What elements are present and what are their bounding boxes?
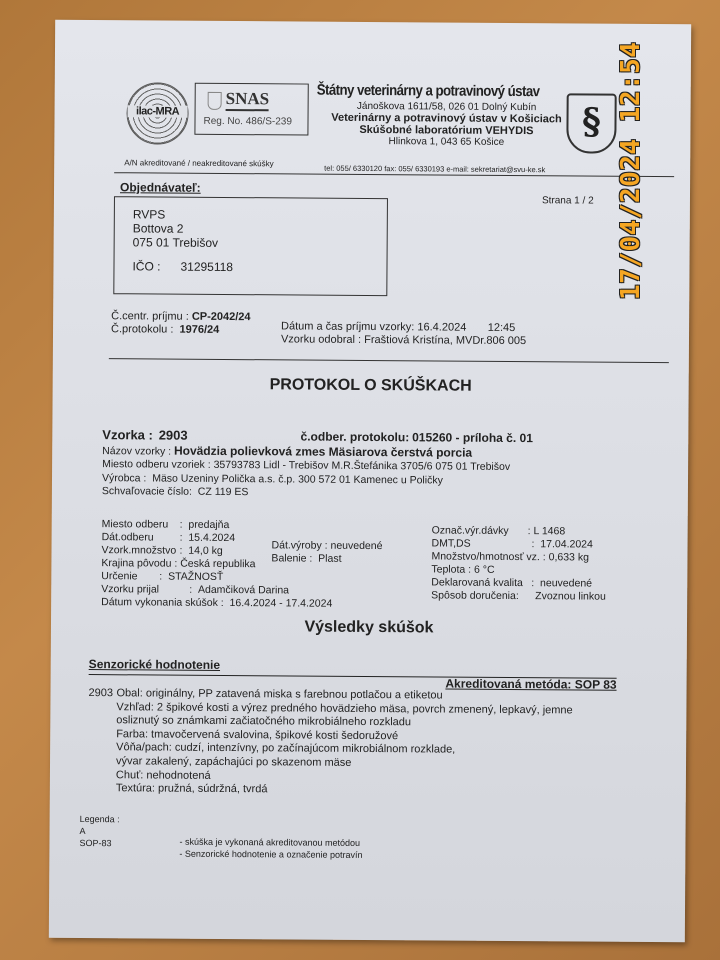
slovak-crest-icon	[208, 92, 222, 110]
result-line: Textúra: pružná, súdržná, tvrdá	[116, 782, 572, 799]
approval-label: Schvaľovacie číslo:	[102, 486, 192, 499]
legend-title: Legenda :	[80, 813, 120, 825]
accreditation-legend: A/N akreditované / neakreditované skúšky	[124, 158, 273, 168]
detail-value: predajňa	[188, 519, 229, 531]
protocol-value: 1976/24	[180, 324, 220, 336]
detail-value: neuvedené	[540, 577, 592, 589]
detail-value: 14,0 kg	[188, 545, 223, 557]
sample-details: Miesto odberu: predajňa Dát.odberu: 15.4…	[102, 518, 662, 522]
detail-label: Dát.výroby	[272, 539, 322, 551]
detail-value: STAŽNOSŤ	[168, 571, 223, 583]
detail-value: Plast	[318, 553, 341, 565]
received-date: 16.4.2024	[417, 321, 466, 333]
orderer-label: Objednávateľ:	[120, 180, 201, 195]
institute-contact: tel: 055/ 6330120 fax: 055/ 6330193 e-ma…	[324, 164, 545, 175]
centr-label: Č.centr. príjmu :	[111, 310, 189, 323]
detail-label: Teplota	[431, 563, 465, 575]
received-label: Dátum a čas príjmu vzorky:	[281, 320, 414, 333]
centr-value: CP-2042/24	[192, 311, 251, 323]
detail-label: Dát.odberu	[102, 531, 180, 545]
detail-label: Balenie	[271, 552, 306, 564]
place-value: 35793783 Lidl - Trebišov M.R.Štefánika 3…	[214, 459, 511, 473]
odber-value: 015260 - príloha č. 01	[412, 430, 533, 445]
sample-name-value: Hovädzia polievková zmes Mäsiarova čerst…	[174, 443, 472, 459]
detail-label: Miesto odberu	[102, 518, 180, 532]
detail-label: Určenie	[101, 570, 159, 583]
detail-label: Krajina pôvodu	[101, 557, 171, 569]
snas-accreditation-box: SNAS Reg. No. 486/S-239	[194, 83, 308, 136]
detail-row: Teplota : 6 °C	[431, 563, 606, 577]
producer-label: Výrobca :	[102, 472, 146, 484]
detail-label: DMT,DS	[432, 537, 532, 551]
detail-row: Množstvo/hmotnosť vz. : 0,633 kg	[431, 550, 606, 564]
detail-value: L 1468	[533, 525, 565, 537]
protocol-meta: Č.centr. príjmu : CP-2042/24 Č.protokolu…	[111, 310, 251, 337]
sample-name-label: Názov vzorky :	[102, 445, 171, 457]
document-page: ilac-MRA SNAS Reg. No. 486/S-239 Štátny …	[49, 20, 691, 942]
detail-label: Množstvo/hmotnosť vz.	[431, 550, 539, 563]
detail-row: Balenie : Plast	[271, 552, 382, 566]
detail-value: 15.4.2024	[188, 532, 235, 544]
results-section-header: Senzorické hodnotenie Akreditovaná metód…	[89, 657, 617, 675]
detail-label: Označ.výr.dávky	[432, 524, 528, 538]
section-title: Senzorické hodnotenie	[89, 657, 220, 672]
orderer-line: 075 01 Trebišov	[133, 235, 218, 250]
svps-shield-logo-icon: §	[566, 93, 616, 153]
institute-name: Štátny veterinárny a potravinový ústav	[317, 82, 546, 101]
approval-value: CZ 119 ES	[198, 486, 249, 498]
detail-label: Vzork.množstvo	[101, 544, 179, 558]
legend-descriptions: - skúška je vykonaná akreditovanou metód…	[179, 836, 362, 861]
place-label: Miesto odberu vzoriek :	[102, 458, 211, 471]
institute-branch: Veterinárny a potravinový ústav v Košici…	[316, 112, 576, 126]
results-title: Výsledky skúšok	[51, 617, 687, 639]
detail-value: Adamčiková Darina	[198, 584, 289, 597]
received-time: 12:45	[488, 322, 516, 334]
detail-label: Deklarovaná kvalita	[431, 576, 531, 590]
detail-value: 17.04.2024	[540, 538, 593, 550]
detail-row: Deklarovaná kvalita: neuvedené	[431, 576, 606, 590]
ico-label: IČO :	[132, 259, 160, 273]
ilac-logo-text: ilac-MRA	[128, 105, 188, 117]
protocol-label: Č.protokolu :	[111, 323, 173, 335]
detail-row: Dát.výroby : neuvedené	[271, 539, 382, 553]
detail-label: Dátum vykonania skúšok	[101, 596, 218, 609]
sample-info: Vzorka : 2903 č.odber. protokolu: 015260…	[102, 428, 662, 503]
detail-value: Česká republika	[180, 558, 255, 571]
detail-row: DMT,DS: 17.04.2024	[432, 537, 607, 551]
institute-lab-address: Hlinkova 1, 043 65 Košice	[316, 136, 576, 149]
details-mid: Dát.výroby : neuvedené Balenie : Plast	[271, 539, 382, 566]
orderer-box: RVPS Bottova 2 075 01 Trebišov IČO :3129…	[113, 196, 388, 296]
orderer-line: RVPS	[133, 207, 218, 222]
sample-id: 2903	[159, 428, 188, 443]
detail-row: Spôsob doručenia:Zvoznou linkou	[431, 589, 606, 603]
ico-value: 31295118	[180, 260, 233, 274]
detail-value: Zvoznou linkou	[535, 590, 606, 602]
odber-label: č.odber. protokolu:	[301, 430, 410, 445]
sample-label: Vzorka :	[102, 427, 153, 442]
orderer-line: Bottova 2	[133, 221, 218, 236]
institute-header: Štátny veterinárny a potravinový ústav J…	[316, 82, 576, 149]
page-number: Strana 1 / 2	[542, 195, 594, 206]
result-sample-id: 2903	[88, 687, 113, 701]
snas-title: SNAS	[226, 89, 270, 111]
result-text: Obal: originálny, PP zatavená miska s fa…	[116, 687, 573, 799]
snas-reg-number: Reg. No. 486/S-239	[203, 116, 291, 128]
producer-value: Mäso Uzeniny Polička a.s. č.p. 300 572 0…	[152, 472, 443, 486]
legend-desc: - Senzorické hodnotenie a označenie potr…	[179, 848, 362, 861]
detail-row: Označ.výr.dávky: L 1468	[432, 524, 607, 538]
legend-key: A	[80, 825, 120, 837]
detail-label: Vzorku prijal	[101, 583, 189, 597]
details-right: Označ.výr.dávky: L 1468 DMT,DS: 17.04.20…	[431, 524, 606, 603]
sampled-by-value: Fraštiová Kristína, MVDr.806 005	[364, 334, 526, 347]
detail-value: 16.4.2024 - 17.4.2024	[230, 597, 333, 610]
photo-timestamp: 17/04/2024 12:54	[616, 42, 646, 300]
ilac-mra-logo: ilac-MRA	[126, 82, 188, 144]
detail-value: 0,633 kg	[549, 551, 589, 563]
document-title: PROTOKOL O SKÚŠKACH	[53, 375, 689, 397]
legend-key: SOP-83	[79, 837, 119, 849]
detail-value: 6 °C	[474, 564, 495, 576]
detail-value: neuvedené	[330, 540, 382, 552]
legend: Legenda : A SOP-83	[79, 813, 119, 849]
sampled-by-label: Vzorku odobral :	[281, 333, 361, 346]
meta-divider	[109, 358, 669, 363]
detail-row: Dátum vykonania skúšok : 16.4.2024 - 17.…	[101, 596, 332, 611]
detail-label: Spôsob doručenia:	[431, 589, 535, 603]
reception-meta: Dátum a čas príjmu vzorky: 16.4.2024 12:…	[281, 320, 526, 348]
